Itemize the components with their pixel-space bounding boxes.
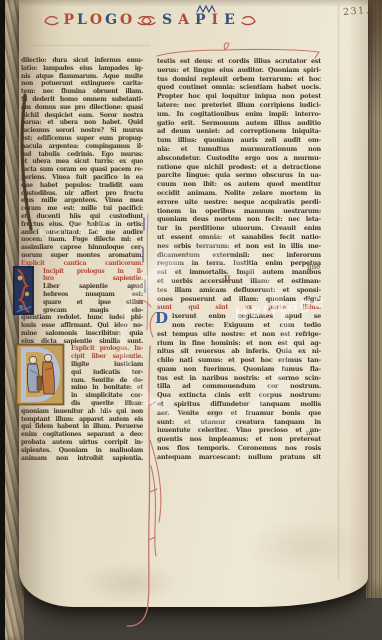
header-flourish-icon (241, 14, 256, 27)
lectern (37, 376, 42, 390)
text-line: am domus sue pro dilectione: quasi (21, 104, 143, 112)
text-line: eius mille argenteos. Vinea mea (21, 197, 143, 205)
margin-note-fine: fine (307, 263, 321, 272)
text-line: custodibus. uir affert pro fructu (21, 190, 143, 198)
text-line: Liber sapientie apud (43, 283, 143, 291)
text-line: abscondetur. Custodite ergo uos a murmu- (157, 154, 321, 163)
text-line: nes orbis terrarum: et non est in illis … (157, 242, 321, 251)
header-flourish-icon (44, 14, 59, 27)
text-line: animam non introibit sapientia. (21, 455, 143, 463)
header-letter: L (76, 13, 89, 27)
text-line: assimilare capree hinnuloque cer- (21, 244, 143, 252)
text-line: errore uite uestre: neque acquiratis per… (157, 198, 321, 207)
text-line: parcite lingue: quia sermo obscurus in u… (157, 171, 321, 180)
margin-note-lower: in (306, 429, 312, 437)
text-line: facta sum coram eo quasi pacem re- (21, 166, 143, 174)
text-line: nis atque flammarum. Aque multe (21, 73, 143, 81)
text-line: latere: nec preteriet illum corripiens i… (157, 101, 321, 110)
text-line: lud tabulis cedrinis. Ego murus: (21, 151, 143, 159)
header-letters-prologus: PLOGO (62, 13, 134, 27)
text-line: faciemus sorori nostre? Si murus (21, 127, 143, 135)
text-line: guentis nos impleamus: et non pretereat (157, 435, 321, 444)
text-line: Incipit prologus in li- (43, 268, 143, 276)
header-letter: E (221, 13, 238, 27)
text-line: latio: lampades eius lampades ig- (21, 65, 143, 73)
text-line: gatio erit. Sermonum autem illius auditi… (157, 119, 321, 128)
text-line: temptant illum: apparet autem eis (21, 416, 143, 424)
folio-number: 231. (343, 5, 371, 18)
text-line: nacula argentea: compingamus il- (21, 143, 143, 151)
text-line: antequam marcescant: nullum pratum sit (157, 453, 321, 462)
text-line: occidit animam. Nolite zelare mortem in (157, 189, 321, 198)
header-letter: S (159, 13, 175, 27)
text-line: Si dederit homo omnem substanti- (21, 96, 143, 104)
prologue-initial-L (13, 266, 34, 315)
text-line: uerus: et lingue eius auditor. Quoniam s… (157, 66, 321, 75)
text-line: tum illius: quoniam auris zeli audit om- (157, 136, 321, 145)
text-line: non potuerunt extinguere carita- (21, 80, 143, 88)
text-line: nia: et tumultus murmurationum non (157, 145, 321, 154)
text-line: ratione que nichil prodest: et a detract… (157, 163, 321, 172)
text-line: est: edificemus super eum propug- (21, 135, 143, 143)
text-line: um. In cogitationibus enim impii: interr… (157, 110, 321, 119)
crown-flourish-icon (196, 5, 216, 13)
text-line: que habet populos: tradidit eam (21, 182, 143, 190)
text-line: quod continet omnia: scientiam habet uoc… (157, 83, 321, 92)
text-line: Explicit cantica canticorum. (21, 260, 143, 268)
text-line: quoniam deus mortem non fecit: nec leta- (157, 215, 321, 224)
text-line: cuum non ibit: os autem quod mentitur (157, 180, 321, 189)
text-line: et ubera mea sicut turris: ex quo (21, 158, 143, 166)
header-letter: P (192, 13, 209, 27)
header-flourish-icon (141, 14, 156, 27)
header-letter: G (104, 13, 119, 27)
parchment-crease (338, 4, 339, 579)
text-line: qui fidem habent in illum. Peruerse (21, 423, 143, 431)
header-letter: A (175, 13, 192, 27)
text-line: nichil despiciet eam. Soror nostra (21, 112, 143, 120)
text-line: ut essent omnia: et sanabiles fecit nati… (157, 233, 321, 242)
header-letter: O (119, 13, 134, 27)
text-line: tur in perditione uiuorum. Creauit enim (157, 224, 321, 233)
text-line: sipientes. Quoniam in maliuolam (21, 447, 143, 455)
text-line: iuuentute celeriter. Vino precioso et un… (157, 426, 321, 435)
book-page-edges-right-shadow (368, 0, 382, 120)
text-line: tus domini repleuit orbem terrarum: et h… (157, 75, 321, 84)
book-spine-shadow (0, 0, 5, 640)
text-line: periens. Vinea fuit pacifico in ea (21, 174, 143, 182)
header-letter: P (62, 13, 76, 27)
historiated-initial-D (16, 344, 64, 405)
header-letter: O (88, 13, 103, 27)
text-line: Propter hoc qui loquitur iniqua non pote… (157, 92, 321, 101)
text-line: tem: nec flumina obruent illam. (21, 88, 143, 96)
text-line: nos flos temporis. Coronemus nos rosis (157, 444, 321, 453)
text-line: ad deum ueniet: ad correptionem iniquita… (157, 127, 321, 136)
text-line: tionem in operibus manuum uestrarum: (157, 207, 321, 216)
text-line: parua: et ubera non habet. Quid (21, 119, 143, 127)
text-line: probata autem uirtus corripit in- (21, 439, 143, 447)
manuscript-photo: PLOGO SAPIE 231. dilectio: dura sicut in… (0, 0, 382, 640)
running-header-prologus: PLOGO (44, 13, 152, 27)
header-letter: I (209, 13, 222, 27)
parchment-crease (30, 45, 150, 46)
text-line: bro sapientie. (43, 275, 143, 283)
text-line: dilectio: dura sicut infernus emu- (21, 57, 143, 65)
header-letters-sapientia: SAPIE (159, 13, 238, 27)
text-line: testis est deus: et cordis illius scruta… (157, 57, 321, 66)
text-line: coram me est: mille tui pacifici: (21, 205, 143, 213)
running-header-sapientia: SAPIE (141, 13, 256, 27)
text-line: uorum super montes aromatum. (21, 252, 143, 260)
text-line: enim cogitationes separant a deo: (21, 431, 143, 439)
